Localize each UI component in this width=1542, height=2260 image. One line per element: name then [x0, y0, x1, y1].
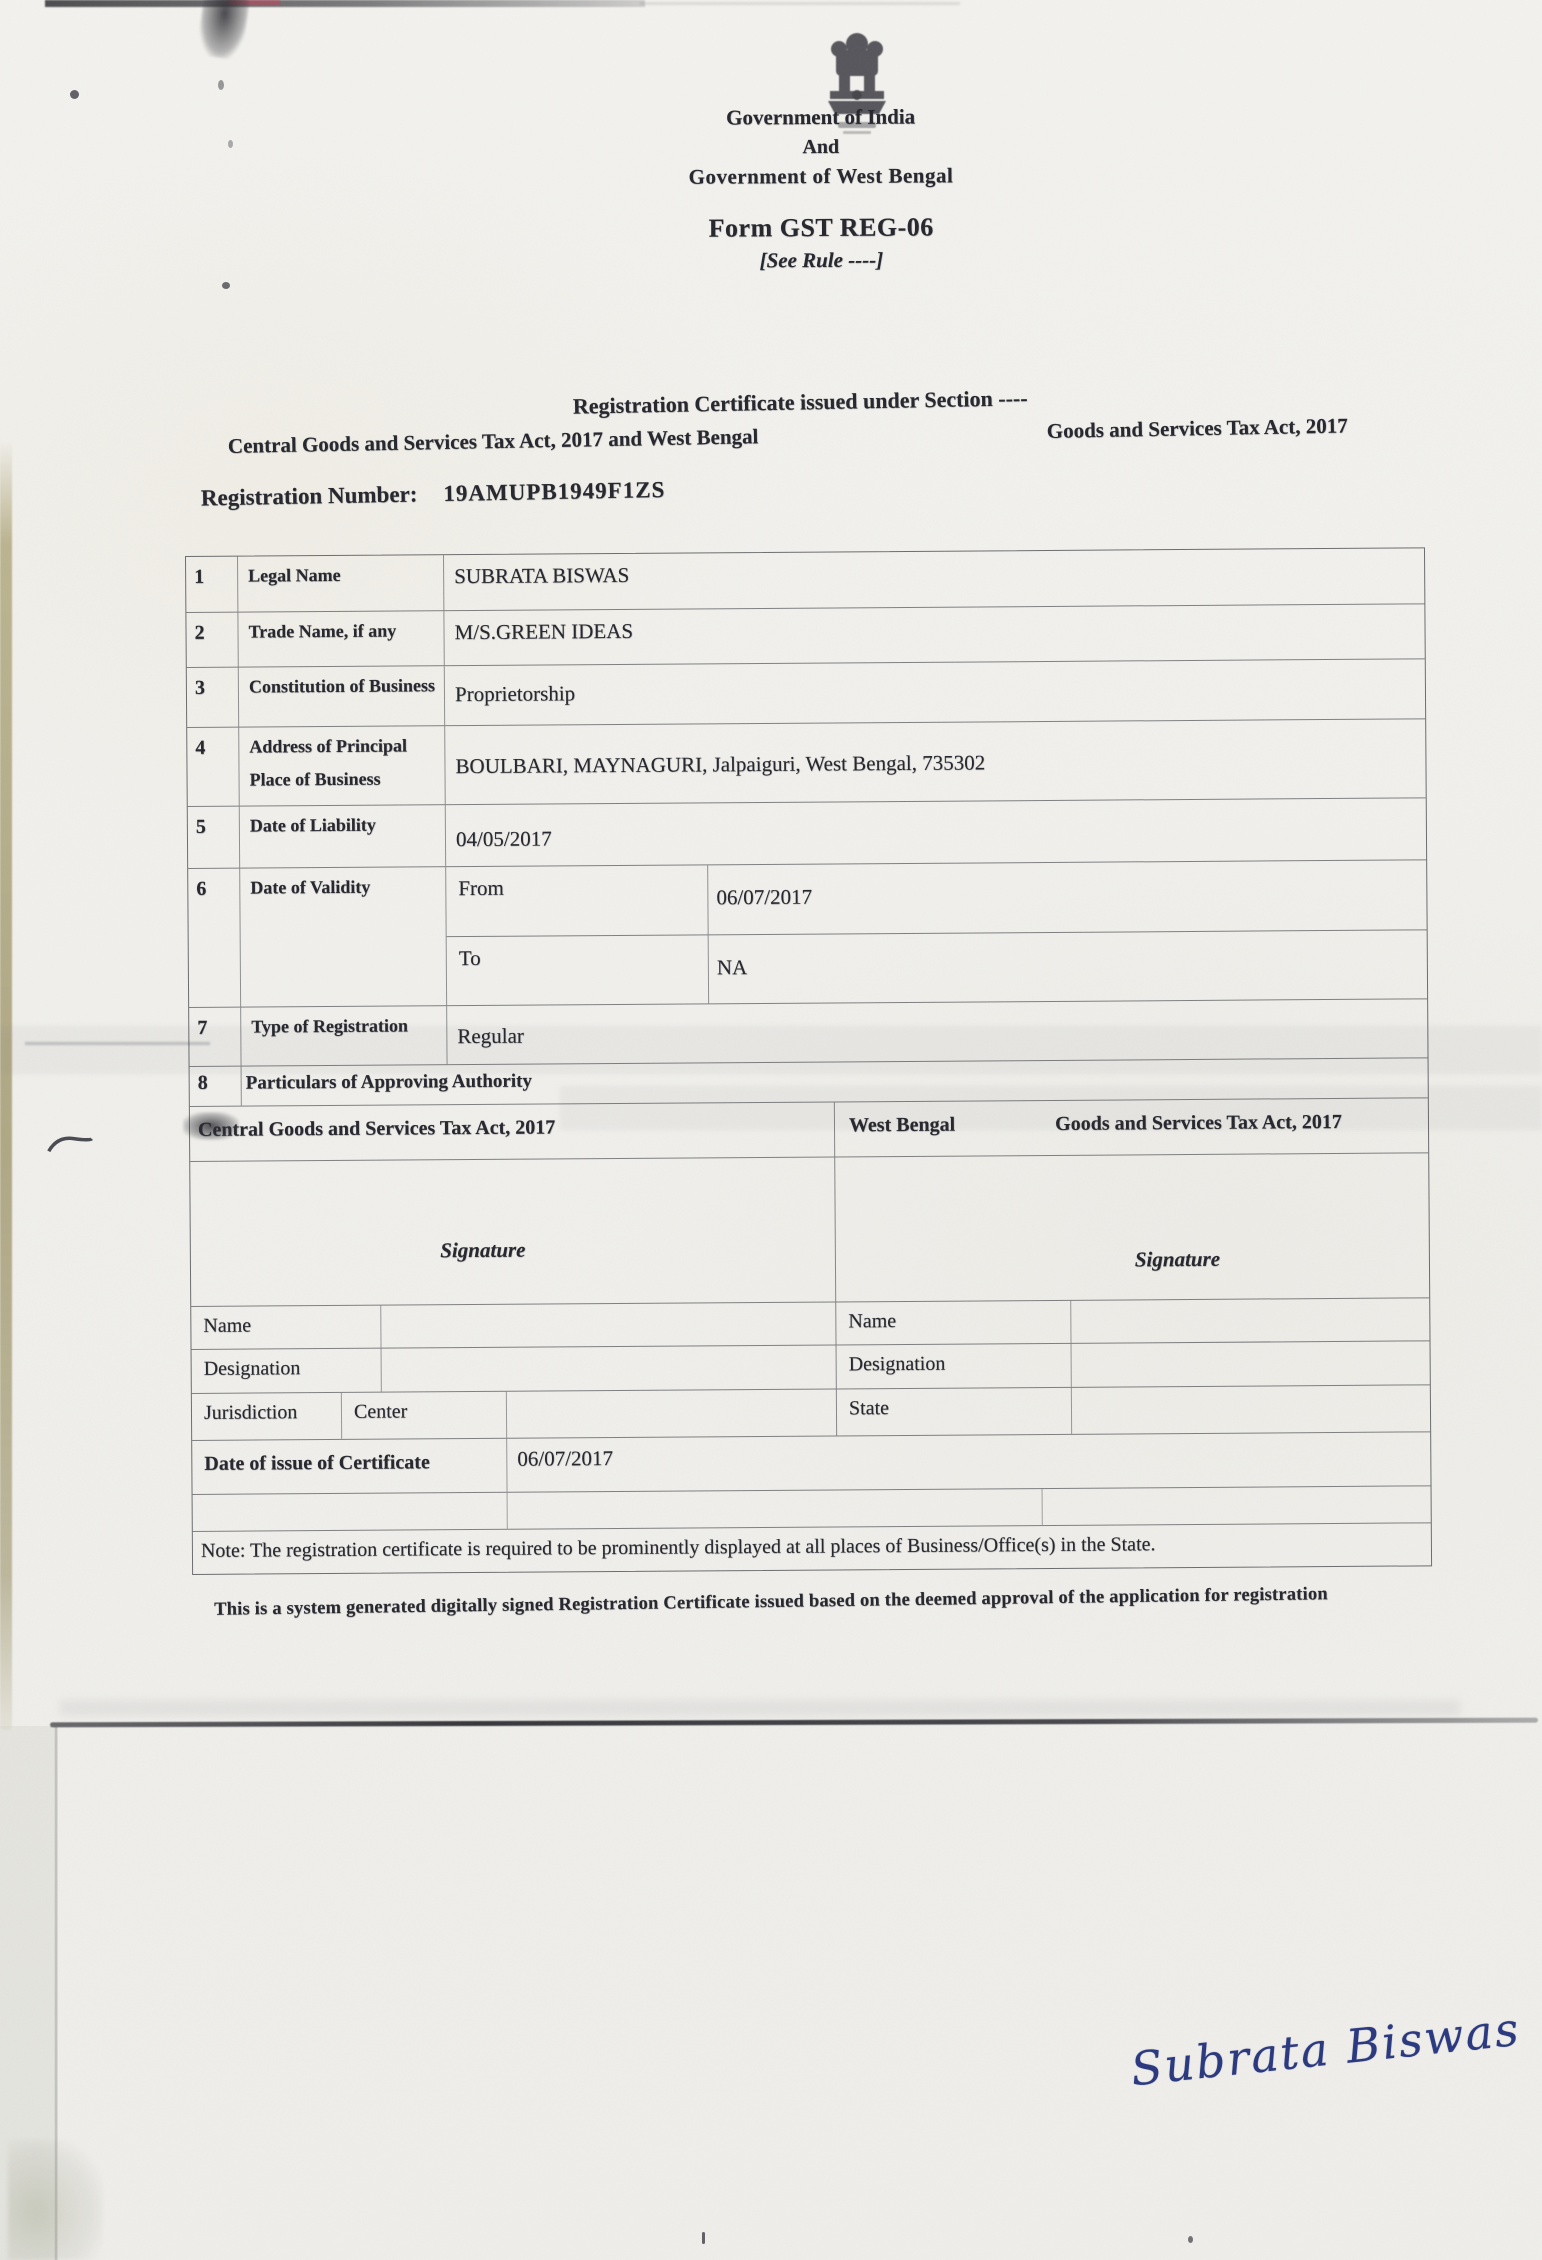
government-of-west-bengal-line: Government of West Bengal [100, 160, 1542, 193]
row-number: 6 [188, 869, 241, 1007]
staple-smudge-artifact [196, 0, 250, 61]
cgst-act-text: Central Goods and Services Tax Act, 2017… [228, 424, 759, 459]
designation-label: Designation [837, 1344, 1072, 1389]
page-left-edge-shadow [0, 440, 12, 1730]
date-of-issue-row: Date of issue of Certificate 06/07/2017 [192, 1432, 1430, 1495]
jurisdiction-label: Jurisdiction [192, 1393, 342, 1440]
table-row-type-of-registration: 7 Type of Registration Regular [189, 999, 1427, 1067]
registration-number-label: Registration Number: [201, 481, 418, 511]
row-number: 4 [187, 728, 240, 806]
row-label: Trade Name, if any [238, 611, 444, 666]
central-designation-cell: Designation [192, 1345, 837, 1393]
name-blank-cell [1071, 1298, 1429, 1342]
designation-blank-cell [382, 1345, 836, 1391]
row-value: SUBRATA BISWAS [444, 548, 1424, 610]
ink-speck [702, 2232, 705, 2244]
state-jurisdiction-cell: State [837, 1385, 1430, 1435]
registration-number-value: 19AMUPB1949F1ZS [443, 477, 665, 507]
row-value: 04/05/2017 [446, 798, 1426, 866]
jurisdiction-blank-cell [507, 1389, 836, 1437]
validity-from-row: From 06/07/2017 [446, 860, 1426, 936]
certificate-title-block: Registration Certificate issued under Se… [0, 376, 1542, 515]
row-value: Proprietorship [445, 659, 1425, 725]
row-label: Particulars of Approving Authority [242, 1058, 1428, 1105]
scanned-gst-certificate-page: Government of India And Government of We… [0, 0, 1542, 2260]
row-value: Regular [447, 999, 1427, 1064]
validity-subtable: From 06/07/2017 To NA [446, 860, 1427, 1005]
designation-label: Designation [192, 1349, 382, 1393]
ink-speck [1188, 2236, 1193, 2243]
row-label-line1: Address of Principal [249, 735, 438, 757]
name-label: Name [191, 1306, 381, 1349]
cgst-act-label: Central Goods and Services Tax Act, 2017 [190, 1104, 562, 1161]
blank-cell [1043, 1486, 1431, 1525]
row-label: Date of Validity [240, 867, 447, 1006]
signature-label: Signature [881, 1245, 1474, 1274]
fold-shadow [60, 1700, 1460, 1716]
note-text: Note: The registration certificate is re… [193, 1525, 1162, 1574]
row-number: 1 [186, 557, 238, 612]
state-designation-cell: Designation [837, 1341, 1430, 1388]
scan-top-edge-artifact [45, 0, 645, 7]
row-value: BOULBARI, MAYNAGURI, Jalpaiguri, West Be… [445, 719, 1426, 804]
ink-smudge-artifact [183, 1112, 239, 1140]
row-label: Address of Principal Place of Business [239, 726, 446, 805]
scan-top-edge-faint-artifact [640, 2, 960, 5]
form-title: Form GST REG-06 [100, 209, 1542, 247]
authority-wbgst-cell: West Bengal Goods and Services Tax Act, … [835, 1098, 1428, 1156]
table-row-trade-name: 2 Trade Name, if any M/S.GREEN IDEAS [186, 604, 1424, 668]
table-row-legal-name: 1 Legal Name SUBRATA BISWAS [186, 548, 1424, 613]
table-row-constitution: 3 Constitution of Business Proprietorshi… [187, 659, 1425, 728]
row-label: Constitution of Business [239, 666, 445, 726]
see-rule-line: [See Rule ----] [100, 244, 1542, 277]
designation-blank-cell [1072, 1341, 1430, 1386]
row-number: 8 [190, 1067, 242, 1106]
central-name-cell: Name [191, 1302, 836, 1349]
and-line: And [100, 132, 1542, 163]
signature-row: Signature Signature [190, 1153, 1429, 1307]
document-header: Government of India And Government of We… [100, 101, 1542, 277]
pen-tick-mark [43, 1127, 97, 1158]
name-blank-cell [381, 1302, 835, 1347]
table-row-date-of-validity: 6 Date of Validity From 06/07/2017 To NA [188, 860, 1427, 1008]
ink-speck [222, 282, 230, 289]
from-value: 06/07/2017 [708, 860, 1426, 934]
table-row-address: 4 Address of Principal Place of Business… [187, 719, 1426, 807]
wbgst-act-label: Goods and Services Tax Act, 2017 [1055, 1111, 1342, 1151]
wbgst-act-text: Goods and Services Tax Act, 2017 [1047, 413, 1348, 444]
signature-label: Signature [161, 1236, 805, 1265]
row-number: 7 [189, 1008, 241, 1066]
row-number: 5 [188, 807, 240, 868]
central-jurisdiction-cell: Jurisdiction Center [192, 1389, 837, 1440]
date-of-issue-value: 06/07/2017 [507, 1432, 1430, 1491]
state-signature-cell: Signature [835, 1153, 1429, 1301]
table-row-date-of-liability: 5 Date of Liability 04/05/2017 [188, 798, 1426, 869]
ink-speck [70, 90, 79, 99]
row-label: Type of Registration [241, 1006, 447, 1065]
west-bengal-label: West Bengal [849, 1114, 955, 1153]
row-number: 2 [186, 613, 238, 667]
center-label: Center [342, 1392, 507, 1439]
to-label: To [447, 935, 709, 1005]
row-label: Legal Name [238, 555, 444, 611]
blank-cell [193, 1493, 508, 1531]
row-label: Date of Liability [240, 805, 446, 867]
page-fold-line [50, 1718, 1538, 1728]
validity-to-row: To NA [447, 930, 1427, 1005]
state-name-cell: Name [836, 1298, 1429, 1344]
note-row: Note: The registration certificate is re… [193, 1523, 1431, 1574]
certificate-table: 1 Legal Name SUBRATA BISWAS 2 Trade Name… [185, 547, 1432, 1575]
name-label: Name [836, 1301, 1071, 1345]
authority-cgst-cell: Central Goods and Services Tax Act, 2017 [190, 1102, 835, 1161]
jurisdiction-blank-cell [1072, 1385, 1430, 1433]
blank-cell [508, 1489, 1043, 1529]
row-value: M/S.GREEN IDEAS [444, 604, 1424, 665]
registration-number-line: Registration Number: 19AMUPB1949F1ZS [201, 461, 1542, 512]
authority-header-row: Central Goods and Services Tax Act, 2017… [190, 1098, 1428, 1162]
row-number: 3 [187, 668, 239, 727]
system-generated-note: This is a system generated digitally sig… [0, 1581, 1542, 1624]
to-value: NA [709, 930, 1427, 1004]
central-signature-cell: Signature [190, 1157, 836, 1305]
date-of-issue-label: Date of issue of Certificate [192, 1439, 507, 1494]
from-label: From [446, 865, 708, 935]
row-label-line2: Place of Business [249, 768, 438, 790]
ink-speck [218, 80, 224, 90]
corner-smudge-artifact [8, 2140, 103, 2260]
handwritten-signature: Subrata Biswas [1128, 2002, 1523, 2097]
government-of-india-line: Government of India [100, 101, 1542, 134]
state-label: State [837, 1388, 1072, 1436]
